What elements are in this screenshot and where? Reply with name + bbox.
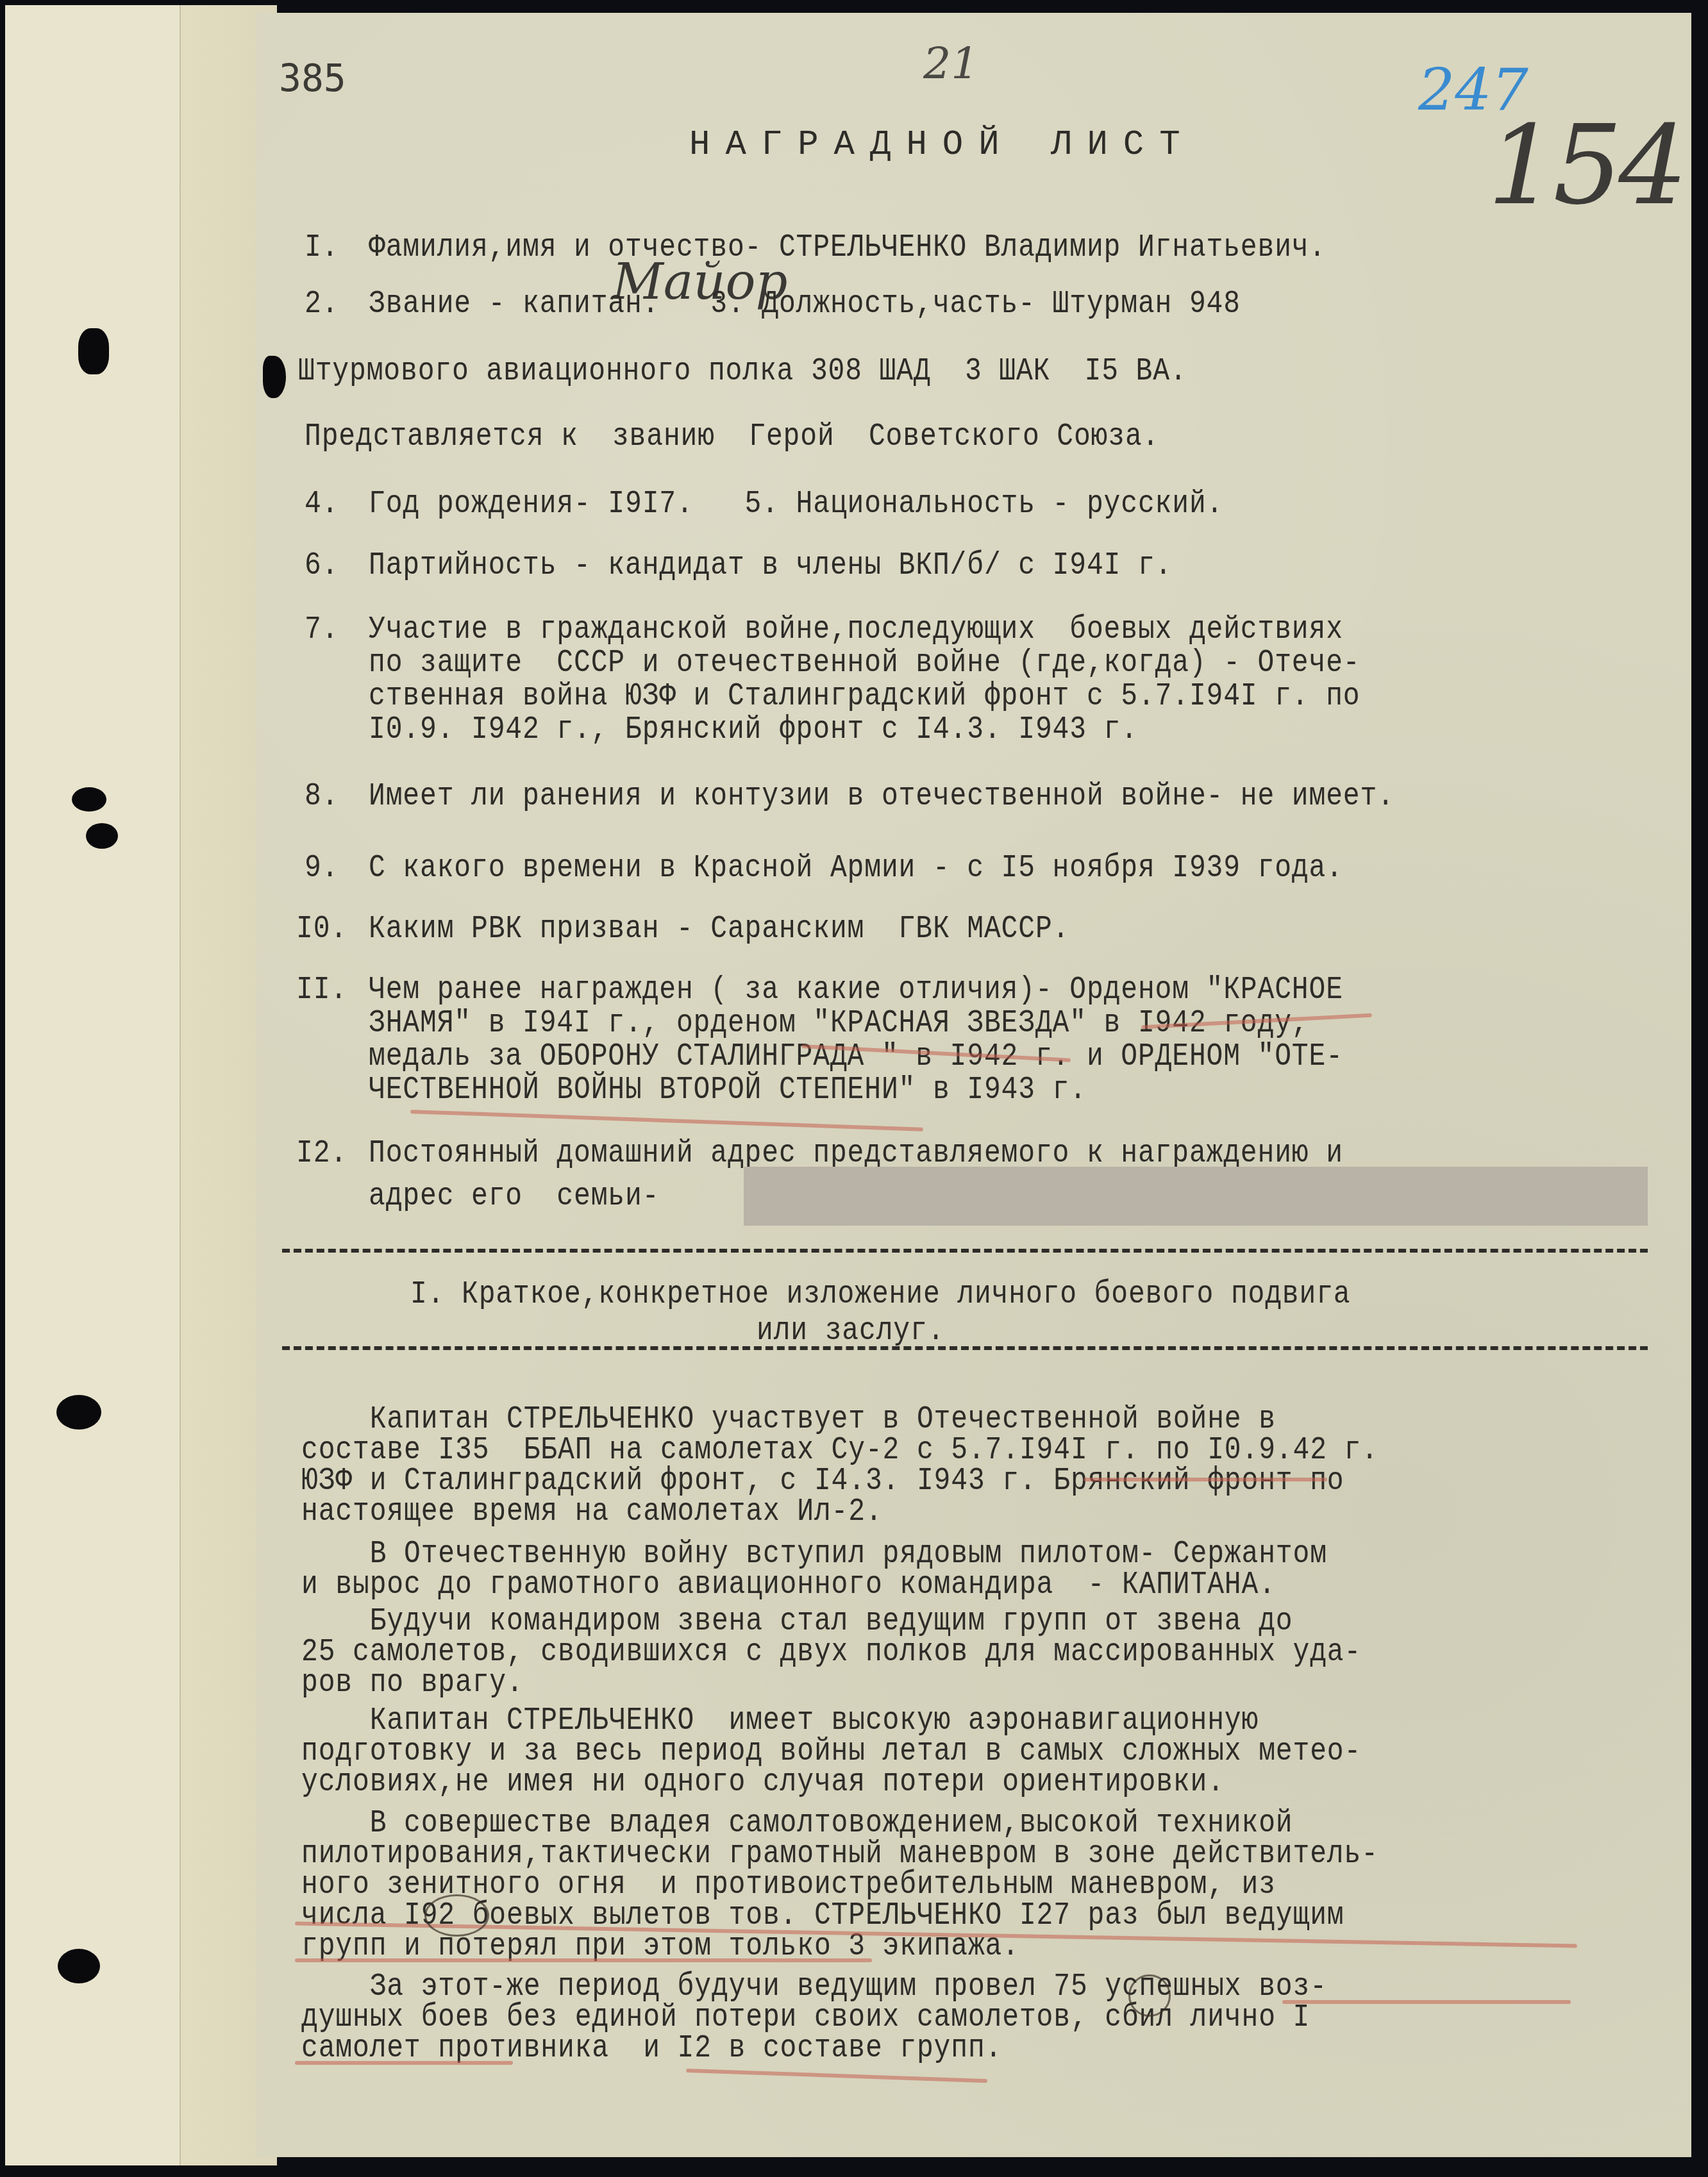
handwritten-page-number: 21 — [923, 38, 979, 89]
field-war-participation-2: по защите СССР и отечественной войне (гд… — [369, 647, 1361, 680]
section-divider-bottom — [282, 1346, 1648, 1350]
narrative-line: подготовку и за весь период войны летал … — [301, 1736, 1361, 1768]
pencil-number: 154 — [1487, 103, 1684, 229]
red-underline — [295, 2061, 513, 2065]
punch-hole — [78, 328, 109, 374]
field-previous-awards-3: медаль за ОБОРОНУ СТАЛИНГРАДА " в I942 г… — [369, 1041, 1343, 1073]
narrative-line: В Отечественную войну вступил рядовым пи… — [301, 1539, 1327, 1571]
section-heading: I. Краткое,конкретное изложение личного … — [410, 1279, 1351, 1311]
narrative-line: ЮЗФ и Сталинградский фронт, с I4.3. I943… — [301, 1465, 1344, 1497]
field-army-since-num: 9. — [305, 853, 339, 885]
red-underline — [295, 1958, 872, 1962]
narrative-line: 25 самолетов, сводившихся с двух полков … — [301, 1637, 1361, 1669]
narrative-line: Капитан СТРЕЛЬЧЕНКО имеет высокую аэрона… — [301, 1705, 1259, 1737]
circled-number-192 — [424, 1894, 489, 1937]
field-army-since: С какого времени в Красной Армии - с I5 … — [369, 853, 1343, 885]
field-wounds: Имеет ли ранения и контузии в отечествен… — [369, 781, 1394, 813]
redacted-address — [744, 1167, 1648, 1226]
field-previous-awards-1: Чем ранее награжден ( за какие отличия)-… — [369, 974, 1343, 1006]
field-war-participation-3: ственная война ЮЗФ и Сталинградский фрон… — [369, 681, 1361, 713]
punch-hole — [56, 1395, 101, 1430]
field-conscripted-num: I0. — [296, 913, 347, 946]
field-previous-awards-4: ЧЕСТВЕННОЙ ВОЙНЫ ВТОРОЙ СТЕПЕНИ" в I943 … — [369, 1074, 1087, 1106]
field-rank-position: Звание - капитан. 3. Должность,часть- Шт… — [369, 288, 1241, 321]
field-address-num: I2. — [296, 1138, 347, 1170]
field-rank-num: 2. — [305, 288, 339, 321]
narrative-line: В совершестве владея самолтовождением,вы… — [301, 1808, 1293, 1840]
punch-hole — [58, 1949, 100, 1983]
narrative-line: настоящее время на самолетах Ил-2. — [301, 1496, 883, 1528]
field-party: Партийность - кандидат в члены ВКП/б/ с … — [369, 550, 1172, 582]
red-underline — [1084, 1478, 1327, 1481]
field-unit: Штурмового авиационного полка 308 ШАД 3 … — [298, 356, 1187, 388]
field-birth-nationality: Год рождения- I9I7. 5. Национальность - … — [369, 488, 1223, 521]
archive-number: 385 — [279, 56, 346, 100]
section-divider-top — [282, 1249, 1648, 1253]
field-wounds-num: 8. — [305, 781, 339, 813]
punch-hole — [86, 823, 118, 849]
section-heading-cont: или заслуг. — [757, 1315, 944, 1347]
narrative-line: Будучи командиром звена стал ведущим гру… — [301, 1606, 1293, 1638]
circled-number-75 — [1128, 1974, 1171, 2017]
narrative-line: Капитан СТРЕЛЬЧЕНКО участвует в Отечеств… — [301, 1404, 1276, 1436]
narrative-line: За этот-же период будучи ведущим провел … — [301, 1971, 1327, 2003]
document-title: НАГРАДНОЙ ЛИСТ — [689, 128, 1196, 163]
field-war-participation-4: I0.9. I942 г., Брянский фронт с I4.3. I9… — [369, 714, 1138, 746]
field-address-2: адрес его семьи- — [369, 1181, 659, 1213]
field-previous-awards-num: II. — [296, 974, 347, 1006]
field-full-name-text: Фамилия,имя и отчество- СТРЕЛЬЧЕНКО Влад… — [369, 232, 1326, 264]
narrative-line: ров по врагу. — [301, 1667, 524, 1699]
field-full-name: I. — [305, 232, 339, 264]
field-party-num: 6. — [305, 550, 339, 582]
punch-hole — [263, 356, 286, 398]
narrative-line: пилотирования,тактически грамотный манев… — [301, 1839, 1378, 1871]
narrative-line: самолет противника и I2 в составе групп. — [301, 2033, 1002, 2065]
narrative-line: и вырос до грамотного авиационного коман… — [301, 1569, 1276, 1601]
field-nominated-for: Представляется к званию Герой Советского… — [305, 421, 1159, 453]
red-underline — [1282, 2000, 1571, 2004]
field-address-1: Постоянный домашний адрес представляемог… — [369, 1138, 1343, 1170]
narrative-line: составе I35 ББАП на самолетах Су-2 с 5.7… — [301, 1435, 1378, 1467]
field-birth-num: 4. — [305, 488, 339, 521]
field-conscripted: Каким РВК призван - Саранским ГВК МАССР. — [369, 913, 1069, 946]
field-war-participation-num: 7. — [305, 614, 339, 646]
field-war-participation-1: Участие в гражданской войне,последующих … — [369, 614, 1343, 646]
narrative-line: условиях,не имея ни одного случая потери… — [301, 1767, 1225, 1799]
punch-hole — [72, 787, 106, 812]
